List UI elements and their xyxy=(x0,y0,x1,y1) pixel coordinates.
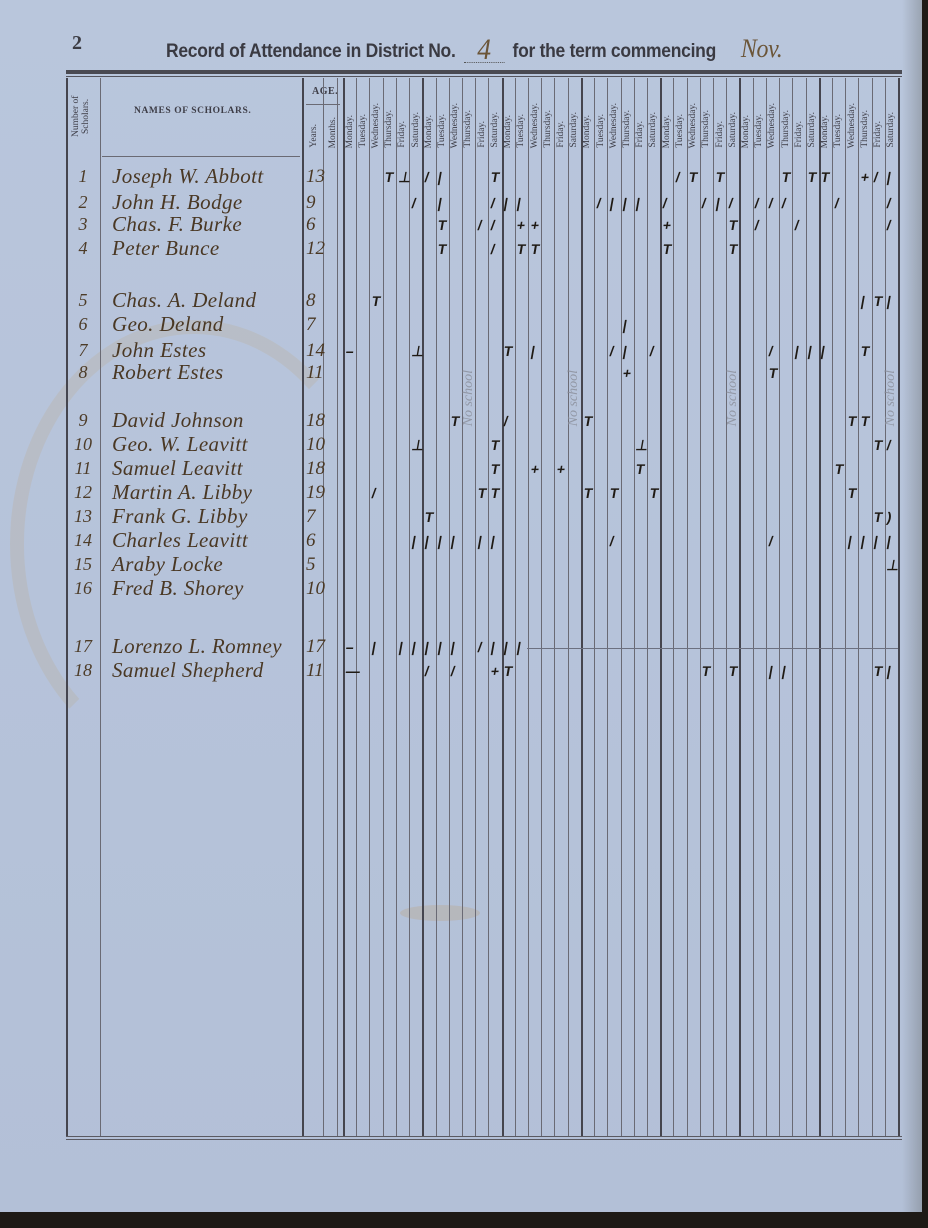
header-day-tuesday: Tuesday. xyxy=(436,84,449,148)
weekday-label: Saturday. xyxy=(807,112,817,148)
weekday-label: Thursday. xyxy=(543,110,553,148)
header-day-thursday: Thursday. xyxy=(462,84,475,148)
weekday-label: Tuesday. xyxy=(516,114,526,148)
weekday-label: Thursday. xyxy=(701,110,711,148)
age-years: 11 xyxy=(306,362,336,384)
attendance-mark: T xyxy=(714,170,725,184)
scholar-name: Frank G. Libby xyxy=(112,504,248,529)
attendance-mark: T xyxy=(529,242,540,256)
weekday-label: Monday. xyxy=(582,115,592,148)
weekday-label: Thursday. xyxy=(384,110,394,148)
scholar-number: 6 xyxy=(66,314,100,335)
no-school-annotation: No school xyxy=(725,370,741,426)
age-years: 17 xyxy=(306,636,336,658)
header-day-friday: Friday. xyxy=(554,84,567,148)
page-title: Record of Attendance in District No. 4 f… xyxy=(166,34,782,64)
age-years: 6 xyxy=(306,214,336,236)
header-day-saturday: Saturday. xyxy=(568,84,581,148)
table-row: 16Fred B. Shorey10 xyxy=(66,578,902,602)
scholar-number: 16 xyxy=(66,578,100,599)
header-day-friday: Friday. xyxy=(872,84,885,148)
header-day-wednesday: Wednesday. xyxy=(607,84,620,148)
weekday-label: Wednesday. xyxy=(767,103,777,148)
weekday-label: Tuesday. xyxy=(833,114,843,148)
weekday-label: Tuesday. xyxy=(358,114,368,148)
scholar-name: Geo. Deland xyxy=(112,312,224,337)
table-row: 3Chas. F. Burke6 xyxy=(66,214,902,238)
header-day-tuesday: Tuesday. xyxy=(356,84,369,148)
no-school-annotation: No school xyxy=(883,370,899,426)
scholar-number: 7 xyxy=(66,340,100,361)
age-years: 8 xyxy=(306,290,336,312)
header-day-monday: Monday. xyxy=(422,84,435,148)
weekday-label: Monday. xyxy=(741,115,751,148)
age-years: 7 xyxy=(306,314,336,336)
scholar-number: 4 xyxy=(66,238,100,259)
header-day-monday: Monday. xyxy=(581,84,594,148)
scholar-name: Charles Leavitt xyxy=(112,528,248,553)
weekday-label: Thursday. xyxy=(781,110,791,148)
table-row: 5Chas. A. Deland8 xyxy=(66,290,902,314)
scholar-name: Fred B. Shorey xyxy=(112,576,244,601)
weekday-label: Wednesday. xyxy=(847,103,857,148)
header-day-saturday: Saturday. xyxy=(806,84,819,148)
attendance-mark: T xyxy=(728,242,739,256)
attendance-mark: – xyxy=(344,640,354,654)
header-day-wednesday: Wednesday. xyxy=(528,84,541,148)
attendance-mark: T xyxy=(728,218,739,232)
table-row: 18Samuel Shepherd11 xyxy=(66,660,902,684)
age-years: 12 xyxy=(306,238,336,260)
header-day-friday: Friday. xyxy=(396,84,409,148)
attendance-mark: T xyxy=(582,486,593,500)
header-underline xyxy=(102,156,300,157)
weekday-label: Friday. xyxy=(873,121,883,148)
header-day-tuesday: Tuesday. xyxy=(594,84,607,148)
weekday-label: Monday. xyxy=(503,115,513,148)
age-years: 13 xyxy=(306,166,336,188)
header-day-thursday: Thursday. xyxy=(383,84,396,148)
attendance-mark: T xyxy=(424,510,435,524)
attendance-mark: T xyxy=(582,414,593,428)
weekday-label: Friday. xyxy=(556,121,566,148)
header-day-wednesday: Wednesday. xyxy=(766,84,779,148)
attendance-mark: T xyxy=(609,486,620,500)
weekday-label: Tuesday. xyxy=(675,114,685,148)
weekday-label: Tuesday. xyxy=(754,114,764,148)
scholar-name: Lorenzo L. Romney xyxy=(112,634,282,659)
header-day-thursday: Thursday. xyxy=(858,84,871,148)
no-school-annotation: No school xyxy=(566,370,582,426)
weekday-label: Thursday. xyxy=(463,110,473,148)
weekday-label: Friday. xyxy=(635,121,645,148)
weekday-label: Thursday. xyxy=(860,110,870,148)
header-day-saturday: Saturday. xyxy=(647,84,660,148)
age-years: 5 xyxy=(306,554,336,576)
scholar-number: 2 xyxy=(66,192,100,213)
header-day-friday: Friday. xyxy=(792,84,805,148)
weekday-label: Saturday. xyxy=(648,112,658,148)
weekday-label: Friday. xyxy=(397,121,407,148)
scholar-name: Samuel Leavitt xyxy=(112,456,243,481)
header-day-monday: Monday. xyxy=(502,84,515,148)
scholar-name: Peter Bunce xyxy=(112,236,220,261)
scholar-number: 15 xyxy=(66,554,100,575)
attendance-mark: T xyxy=(847,486,858,500)
district-number: 4 xyxy=(464,38,504,63)
weekday-label: Monday. xyxy=(820,115,830,148)
weekday-label: Saturday. xyxy=(886,112,896,148)
no-school-annotation: No school xyxy=(461,370,477,426)
weekday-label: Monday. xyxy=(662,115,672,148)
attendance-mark: T xyxy=(728,664,739,678)
scholar-number: 5 xyxy=(66,290,100,311)
age-years: 9 xyxy=(306,192,336,214)
header-day-saturday: Saturday. xyxy=(885,84,898,148)
term-month: Nov. xyxy=(741,34,783,63)
scholar-name: David Johnson xyxy=(112,408,244,433)
weekday-label: Thursday. xyxy=(622,110,632,148)
age-years: 18 xyxy=(306,410,336,432)
header-names-of-scholars: NAMES OF SCHOLARS. xyxy=(134,106,251,116)
scholar-name: Geo. W. Leavitt xyxy=(112,432,248,457)
header-day-tuesday: Tuesday. xyxy=(753,84,766,148)
table-row: 15Araby Locke5 xyxy=(66,554,902,578)
table-row: 13Frank G. Libby7 xyxy=(66,506,902,530)
weekday-label: Wednesday. xyxy=(688,103,698,148)
weekday-label: Monday. xyxy=(345,115,355,148)
header-day-monday: Monday. xyxy=(343,84,356,148)
scholar-name: Araby Locke xyxy=(112,552,223,577)
table-row: 10Geo. W. Leavitt10 xyxy=(66,434,902,458)
scholar-number: 14 xyxy=(66,530,100,551)
weekday-label: Wednesday. xyxy=(609,103,619,148)
header-day-thursday: Thursday. xyxy=(779,84,792,148)
scholar-number: 17 xyxy=(66,636,100,657)
header-day-wednesday: Wednesday. xyxy=(845,84,858,148)
header-day-monday: Monday. xyxy=(660,84,673,148)
scholar-number: 1 xyxy=(66,166,100,187)
scholar-number: 18 xyxy=(66,660,100,681)
register-page: 2 Record of Attendance in District No. 4… xyxy=(0,0,922,1212)
age-years: 6 xyxy=(306,530,336,552)
header-day-thursday: Thursday. xyxy=(621,84,634,148)
scholar-name: Chas. F. Burke xyxy=(112,212,242,237)
scholar-name: Joseph W. Abbott xyxy=(112,164,264,189)
weekday-label: Saturday. xyxy=(411,112,421,148)
header-day-tuesday: Tuesday. xyxy=(832,84,845,148)
table-row: 4Peter Bunce12 xyxy=(66,238,902,262)
age-years: 7 xyxy=(306,506,336,528)
header-day-thursday: Thursday. xyxy=(700,84,713,148)
scholar-number: 11 xyxy=(66,458,100,479)
header-day-friday: Friday. xyxy=(713,84,726,148)
scholar-number: 12 xyxy=(66,482,100,503)
scholar-name: Martin A. Libby xyxy=(112,480,252,505)
age-years: 19 xyxy=(306,482,336,504)
header-months: Months. xyxy=(324,84,342,148)
header-day-monday: Monday. xyxy=(739,84,752,148)
attendance-mark: ⊥ xyxy=(410,344,425,358)
attendance-mark: T xyxy=(767,366,778,380)
attendance-mark: T xyxy=(476,486,487,500)
weekday-label: Tuesday. xyxy=(596,114,606,148)
scholar-name: Samuel Shepherd xyxy=(112,658,264,683)
attendance-mark: T xyxy=(648,486,659,500)
table-row: 14Charles Leavitt6 xyxy=(66,530,902,554)
bottom-rule-thin xyxy=(66,1139,902,1140)
weekday-label: Friday. xyxy=(477,121,487,148)
header-day-wednesday: Wednesday. xyxy=(687,84,700,148)
table-row: 1Joseph W. Abbott13 xyxy=(66,166,902,190)
table-row: 6Geo. Deland7 xyxy=(66,314,902,338)
weekday-label: Wednesday. xyxy=(530,103,540,148)
table-row: 11Samuel Leavitt18 xyxy=(66,458,902,482)
weekday-label: Wednesday. xyxy=(371,103,381,148)
header-day-friday: Friday. xyxy=(475,84,488,148)
header-day-saturday: Saturday. xyxy=(488,84,501,148)
attendance-mark: T xyxy=(662,242,673,256)
weekday-label: Tuesday. xyxy=(437,114,447,148)
title-prefix: Record of Attendance in District No. xyxy=(166,41,456,62)
bottom-rule xyxy=(66,1136,902,1137)
header-day-thursday: Thursday. xyxy=(541,84,554,148)
scholar-number: 8 xyxy=(66,362,100,383)
attendance-mark: T xyxy=(780,170,791,184)
attendance-mark: – xyxy=(344,344,354,358)
attendance-mark: ⊥ xyxy=(397,170,412,184)
title-middle: for the term commencing xyxy=(513,41,716,62)
scholar-number: 9 xyxy=(66,410,100,431)
header-day-friday: Friday. xyxy=(634,84,647,148)
scholar-number: 10 xyxy=(66,434,100,455)
header-number-of-scholars: Number of Scholars. xyxy=(68,84,98,148)
header-day-saturday: Saturday. xyxy=(726,84,739,148)
header-years: Years. xyxy=(304,84,324,148)
age-years: 14 xyxy=(306,340,336,362)
attendance-mark: ⊥ xyxy=(410,438,425,452)
page-header: 2 Record of Attendance in District No. 4… xyxy=(0,30,928,66)
weekday-label: Friday. xyxy=(794,121,804,148)
top-rule xyxy=(66,70,902,74)
age-years: 18 xyxy=(306,458,336,480)
age-years: 11 xyxy=(306,660,336,682)
scholar-number: 13 xyxy=(66,506,100,527)
attendance-mark: — xyxy=(344,664,360,678)
attendance-mark: T xyxy=(833,462,844,476)
pencil-strike-line xyxy=(527,648,898,649)
scholar-number: 3 xyxy=(66,214,100,235)
header-day-saturday: Saturday. xyxy=(409,84,422,148)
attendance-table: Number of Scholars. NAMES OF SCHOLARS. A… xyxy=(66,70,902,1140)
scholar-name: Chas. A. Deland xyxy=(112,288,256,313)
header-day-wednesday: Wednesday. xyxy=(369,84,382,148)
header-day-wednesday: Wednesday. xyxy=(449,84,462,148)
header-day-monday: Monday. xyxy=(819,84,832,148)
age-years: 10 xyxy=(306,578,336,600)
top-rule-thin xyxy=(66,76,902,77)
age-underline xyxy=(306,104,340,105)
age-years: 10 xyxy=(306,434,336,456)
header-day-tuesday: Tuesday. xyxy=(515,84,528,148)
weekday-label: Saturday. xyxy=(569,112,579,148)
weekday-label: Friday. xyxy=(715,121,725,148)
weekday-label: Saturday. xyxy=(490,112,500,148)
attendance-mark: T xyxy=(847,414,858,428)
page-number: 2 xyxy=(72,32,82,55)
header-day-tuesday: Tuesday. xyxy=(673,84,686,148)
weekday-label: Monday. xyxy=(424,115,434,148)
weekday-label: Saturday. xyxy=(728,112,738,148)
weekday-label: Wednesday. xyxy=(450,103,460,148)
scholar-name: Robert Estes xyxy=(112,360,224,385)
table-row: 9David Johnson18 xyxy=(66,410,902,434)
